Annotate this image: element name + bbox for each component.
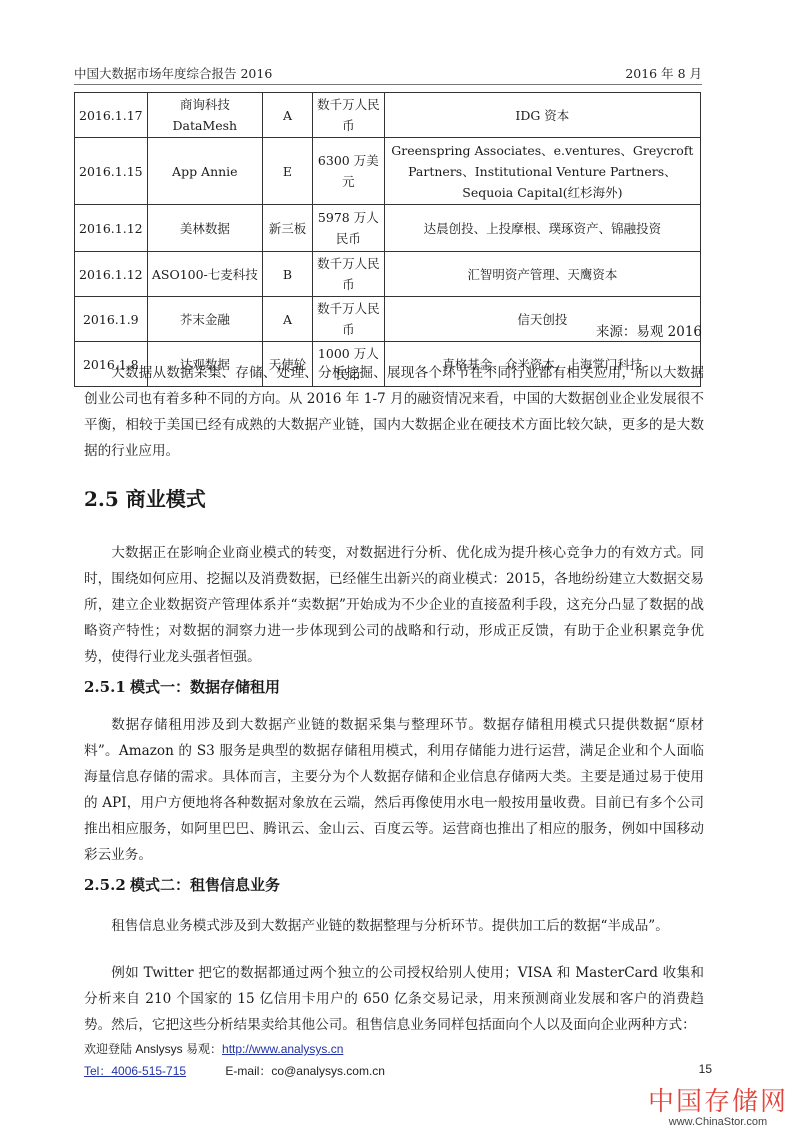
table-source: 来源：易观 2016 — [596, 320, 702, 340]
section-heading-2-5-2: 2.5.2模式二：租售信息业务 — [84, 874, 280, 895]
paragraph-info-rental-example: 例如 Twitter 把它的数据都通过两个独立的公司授权给别人使用；VISA 和… — [84, 960, 704, 1038]
table-row: 2016.1.17 商询科技 DataMesh A 数千万人民币 IDG 资本 — [75, 93, 701, 138]
cell-date: 2016.1.17 — [75, 93, 148, 138]
cell-round: A — [263, 93, 313, 138]
cell-investors: Greenspring Associates、e.ventures、Greycr… — [384, 138, 700, 205]
section-title: 模式一：数据存储租用 — [130, 678, 280, 696]
cell-company: ASO100-七麦科技 — [147, 252, 262, 297]
page-header: 中国大数据市场年度综合报告 2016 2016 年 8 月 — [74, 64, 702, 84]
cell-amount: 数千万人民币 — [312, 297, 384, 342]
paragraph-info-rental-intro: 租售信息业务模式涉及到大数据产业链的数据整理与分析环节。提供加工后的数据“半成品… — [84, 913, 704, 939]
cell-amount: 5978 万人民币 — [312, 205, 384, 252]
section-heading-2-5-1: 2.5.1模式一：数据存储租用 — [84, 676, 280, 697]
section-title: 模式二：租售信息业务 — [130, 876, 280, 894]
cell-company: 美林数据 — [147, 205, 262, 252]
table-row: 2016.1.12 美林数据 新三板 5978 万人民币 达晨创投、上投摩根、璞… — [75, 205, 701, 252]
paragraph-industry-overview: 大数据从数据采集、存储、处理、分析挖掘、展现各个环节在不同行业都有相关应用，所以… — [84, 360, 704, 464]
cell-date: 2016.1.12 — [75, 205, 148, 252]
watermark-logo-text: 中国存储网 — [648, 1088, 788, 1116]
section-number: 2.5.1 — [84, 678, 130, 696]
report-title: 中国大数据市场年度综合报告 2016 — [74, 64, 272, 82]
cell-company: 商询科技 DataMesh — [147, 93, 262, 138]
report-date: 2016 年 8 月 — [625, 64, 702, 82]
footer-welcome: 欢迎登陆 Anslysys 易观： — [84, 1042, 222, 1056]
cell-round: A — [263, 297, 313, 342]
section-number: 2.5.2 — [84, 876, 130, 894]
table-row: 2016.1.15 App Annie E 6300 万美元 Greenspri… — [75, 138, 701, 205]
section-heading-2-5: 2.5 商业模式 — [84, 483, 206, 512]
footer-line-2: Tel：4006-515-715 E-mail：co@analysys.com.… — [84, 1062, 712, 1079]
website-link[interactable]: http://www.analysys.cn — [222, 1042, 343, 1056]
phone-link[interactable]: Tel：4006-515-715 — [84, 1064, 186, 1078]
cell-amount: 数千万人民币 — [312, 93, 384, 138]
cell-investors: 达晨创投、上投摩根、璞琢资产、锦融投资 — [384, 205, 700, 252]
table-row: 2016.1.12 ASO100-七麦科技 B 数千万人民币 汇智明资产管理、天… — [75, 252, 701, 297]
cell-round: E — [263, 138, 313, 205]
watermark-url: www.ChinaStor.com — [648, 1116, 788, 1129]
cell-date: 2016.1.15 — [75, 138, 148, 205]
cell-date: 2016.1.9 — [75, 297, 148, 342]
cell-amount: 数千万人民币 — [312, 252, 384, 297]
cell-investors: IDG 资本 — [384, 93, 700, 138]
page-number: 15 — [699, 1062, 712, 1076]
cell-company: 芥末金融 — [147, 297, 262, 342]
cell-round: 新三板 — [263, 205, 313, 252]
cell-round: B — [263, 252, 313, 297]
cell-investors: 汇智明资产管理、天鹰资本 — [384, 252, 700, 297]
paragraph-business-models: 大数据正在影响企业商业模式的转变，对数据进行分析、优化成为提升核心竞争力的有效方… — [84, 540, 704, 670]
watermark: 中国存储网 www.ChinaStor.com — [648, 1088, 788, 1129]
cell-company: App Annie — [147, 138, 262, 205]
header-divider — [74, 84, 702, 85]
footer-email: E-mail：co@analysys.com.cn — [225, 1064, 385, 1078]
paragraph-storage-rental: 数据存储租用涉及到大数据产业链的数据采集与整理环节。数据存储租用模式只提供数据“… — [84, 712, 704, 868]
cell-date: 2016.1.12 — [75, 252, 148, 297]
funding-table: 2016.1.17 商询科技 DataMesh A 数千万人民币 IDG 资本 … — [74, 92, 701, 387]
footer-line-1: 欢迎登陆 Anslysys 易观：http://www.analysys.cn — [84, 1040, 712, 1057]
cell-amount: 6300 万美元 — [312, 138, 384, 205]
